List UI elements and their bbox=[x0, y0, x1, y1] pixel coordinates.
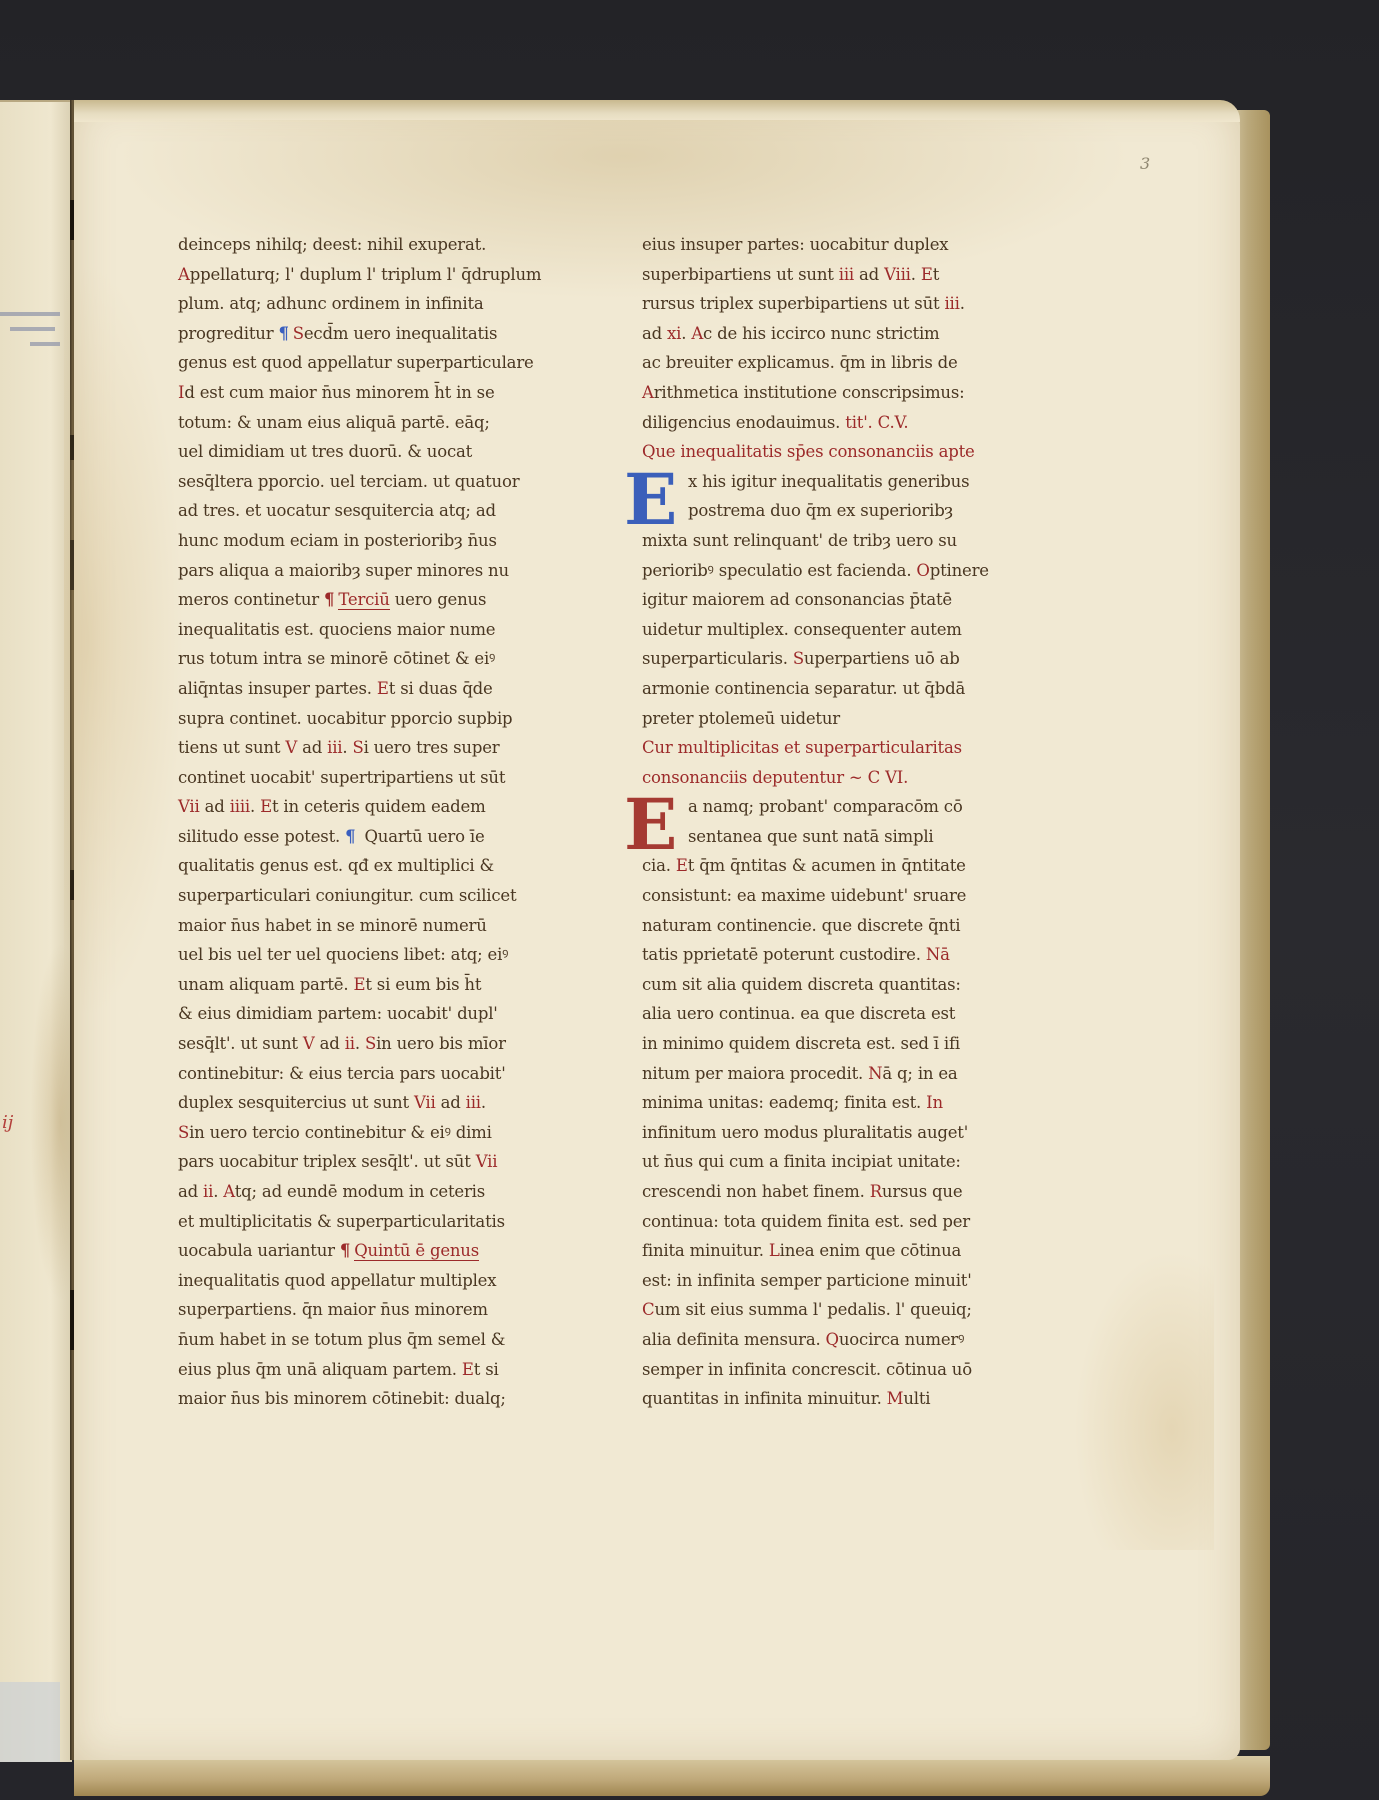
rubric-text: A bbox=[691, 324, 703, 343]
manuscript-line: ad tres. et uocatur sesquitercia atq; ad bbox=[178, 496, 598, 526]
text-segment: ulti bbox=[903, 1389, 930, 1408]
text-segment: superparticularis. bbox=[642, 649, 793, 668]
manuscript-line: qualitatis genus est. qđ ex multiplici & bbox=[178, 851, 598, 881]
text-segment: unam aliquam partē. bbox=[178, 975, 353, 994]
text-segment: superparticulari coniungitur. cum scilic… bbox=[178, 886, 516, 905]
text-column-left: deinceps nihilq; deest: nihil exuperat.A… bbox=[178, 230, 598, 1414]
text-segment: n̄um habet in se totum plus q̄m semel & bbox=[178, 1330, 505, 1349]
text-segment: ad bbox=[200, 797, 230, 816]
text-segment: uel bis uel ter uel quociens libet: atq;… bbox=[178, 945, 508, 964]
text-segment: eius plus q̄m unā aliquam partem. bbox=[178, 1360, 462, 1379]
manuscript-line: uidetur multiplex. consequenter autem bbox=[642, 615, 1062, 645]
manuscript-line: armonie continencia separatur. ut q̄bdā bbox=[642, 674, 1062, 704]
text-segment: t bbox=[933, 265, 939, 284]
rubric-text: E bbox=[353, 975, 365, 994]
text-segment: & eius dimidiam partem: uocabit' dupl' bbox=[178, 1004, 498, 1023]
manuscript-line: totum: & unam eius aliquā partē. eāq; bbox=[178, 408, 598, 438]
text-segment: ad tres. et uocatur sesquitercia atq; ad bbox=[178, 501, 496, 520]
text-segment: t in ceteris quidem eadem bbox=[272, 797, 486, 816]
marginal-blue-mark bbox=[0, 312, 60, 316]
rubric-text: Terciū bbox=[338, 590, 389, 610]
rubric-text: E bbox=[377, 679, 389, 698]
manuscript-line: ut n̄us qui cum a finita incipiat unitat… bbox=[642, 1147, 1062, 1177]
text-segment: consistunt: ea maxime uidebunt' sruare bbox=[642, 886, 966, 905]
text-segment: uero genus bbox=[390, 590, 487, 609]
manuscript-line: eius plus q̄m unā aliquam partem. Et si bbox=[178, 1355, 598, 1385]
folio-number: 3 bbox=[1140, 154, 1150, 173]
rubric-text: A bbox=[223, 1182, 234, 1201]
rubric-text: E bbox=[260, 797, 272, 816]
rubric-text: In bbox=[926, 1093, 943, 1112]
rubric-text: Q bbox=[826, 1330, 839, 1349]
text-segment: continebitur: & eius tercia pars uocabit… bbox=[178, 1064, 506, 1083]
text-segment: diligencius enodauimus. bbox=[642, 413, 845, 432]
rubric-text: E bbox=[462, 1360, 474, 1379]
manuscript-line: inequalitatis quod appellatur multiplex bbox=[178, 1266, 598, 1296]
manuscript-line: inequalitatis est. quociens maior nume bbox=[178, 615, 598, 645]
text-segment: ā q; in ea bbox=[882, 1064, 957, 1083]
text-segment: mixta sunt relinquant' de tribȝ uero su bbox=[642, 531, 957, 550]
text-segment: . bbox=[250, 797, 260, 816]
manuscript-line: plum. atq; adhunc ordinem in infinita bbox=[178, 289, 598, 319]
text-segment: sentanea que sunt natā simpli bbox=[688, 827, 933, 846]
text-segment: ad bbox=[297, 738, 327, 757]
rubric-text: S bbox=[365, 1034, 376, 1053]
manuscript-line: tatis pprietatē poterunt custodire. Nā bbox=[642, 940, 1062, 970]
text-segment: sesq̄ltera pporcio. uel terciam. ut quat… bbox=[178, 472, 519, 491]
manuscript-line: maior n̄us habet in se minorē numerū bbox=[178, 911, 598, 941]
manuscript-line: duplex sesquitercius ut sunt Vii ad iii. bbox=[178, 1088, 598, 1118]
manuscript-line: genus est quod appellatur superparticula… bbox=[178, 348, 598, 378]
manuscript-line: alia uero continua. ea que discreta est bbox=[642, 999, 1062, 1029]
rubric-text: Que inequalitatis sp̄es consonanciis apt… bbox=[642, 442, 975, 461]
rubric-text: A bbox=[642, 383, 654, 402]
text-segment: t q̄m q̄ntitas & acumen in q̄ntitate bbox=[688, 856, 966, 875]
text-segment: ecd̄m uero inequalitatis bbox=[304, 324, 497, 343]
manuscript-line: diligencius enodauimus. tit'. C.V. bbox=[642, 408, 1062, 438]
text-segment: progreditur bbox=[178, 324, 278, 343]
manuscript-line: superpartiens. q̄n maior n̄us minorem bbox=[178, 1295, 598, 1325]
text-segment: in uero bis mīor bbox=[376, 1034, 506, 1053]
manuscript-line: alia definita mensura. Quocirca numerꝰ bbox=[642, 1325, 1062, 1355]
manuscript-line: aliq̄ntas insuper partes. Et si duas q̄d… bbox=[178, 674, 598, 704]
text-segment: deinceps nihilq; deest: nihil exuperat. bbox=[178, 235, 486, 254]
text-segment: inequalitatis est. quociens maior nume bbox=[178, 620, 495, 639]
paragraph-mark: ¶ bbox=[340, 1241, 350, 1260]
text-segment: uocirca numerꝰ bbox=[839, 1330, 964, 1349]
text-segment: c de his iccirco nunc strictim bbox=[703, 324, 939, 343]
manuscript-line: silitudo esse potest. ¶ Quartū uero īe bbox=[178, 822, 598, 852]
manuscript-line: consonanciis deputentur ~ C VI. bbox=[642, 763, 1062, 793]
water-stain bbox=[1074, 1250, 1214, 1550]
manuscript-line: pars aliqua a maioribȝ super minores nu bbox=[178, 556, 598, 586]
text-segment: superpartiens. q̄n maior n̄us minorem bbox=[178, 1300, 488, 1319]
text-segment: et multiplicitatis & superparticularitat… bbox=[178, 1212, 505, 1231]
text-segment: pars uocabitur triplex sesq̄lt'. ut sūt bbox=[178, 1152, 476, 1171]
manuscript-line: Id est cum maior n̄us minorem h̄t in se bbox=[178, 378, 598, 408]
text-segment: naturam continencie. que discrete q̄nti bbox=[642, 916, 960, 935]
manuscript-line: cia. Et q̄m q̄ntitas & acumen in q̄ntita… bbox=[642, 851, 1062, 881]
page-bottom-edge bbox=[74, 1756, 1270, 1796]
text-segment: t si eum bis h̄t bbox=[365, 975, 481, 994]
text-segment: alia definita mensura. bbox=[642, 1330, 826, 1349]
manuscript-line: superparticulari coniungitur. cum scilic… bbox=[178, 881, 598, 911]
manuscript-line: et multiplicitatis & superparticularitat… bbox=[178, 1207, 598, 1237]
text-segment: pars aliqua a maioribȝ super minores nu bbox=[178, 561, 509, 580]
text-segment: . bbox=[911, 265, 921, 284]
text-segment: . bbox=[213, 1182, 223, 1201]
rubric-text: A bbox=[178, 265, 190, 284]
text-segment: continet uocabit' supertripartiens ut sū… bbox=[178, 768, 505, 787]
text-segment: est: in infinita semper particione minui… bbox=[642, 1271, 972, 1290]
text-segment: in uero tercio continebitur & eiꝰ dimi bbox=[189, 1123, 492, 1142]
text-segment: i uero tres super bbox=[364, 738, 500, 757]
rubric-text: S bbox=[352, 738, 363, 757]
manuscript-line: n̄um habet in se totum plus q̄m semel & bbox=[178, 1325, 598, 1355]
text-segment: tq; ad eundē modum in ceteris bbox=[235, 1182, 485, 1201]
text-segment: t si bbox=[474, 1360, 499, 1379]
rubric-text: Vii bbox=[476, 1152, 498, 1171]
page-top-edge bbox=[74, 100, 1240, 122]
text-segment: alia uero continua. ea que discreta est bbox=[642, 1004, 955, 1023]
manuscript-line: uel dimidiam ut tres duorū. & uocat bbox=[178, 437, 598, 467]
text-segment: tatis pprietatē poterunt custodire. bbox=[642, 945, 926, 964]
left-page-edge: ij bbox=[0, 100, 72, 1762]
manuscript-line: deinceps nihilq; deest: nihil exuperat. bbox=[178, 230, 598, 260]
manuscript-line: preter ptolemeū uidetur bbox=[642, 704, 1062, 734]
text-segment: hunc modum eciam in posterioribȝ n̄us bbox=[178, 531, 497, 550]
manuscript-line: ad ii. Atq; ad eundē modum in ceteris bbox=[178, 1177, 598, 1207]
rubric-text: S bbox=[793, 649, 804, 668]
text-segment: rursus triplex superbipartiens ut sūt bbox=[642, 294, 944, 313]
text-segment: plum. atq; adhunc ordinem in infinita bbox=[178, 294, 484, 313]
manuscript-line: pars uocabitur triplex sesq̄lt'. ut sūt … bbox=[178, 1147, 598, 1177]
text-segment: totum: & unam eius aliquā partē. eāq; bbox=[178, 413, 490, 432]
manuscript-line: perioribꝰ speculatio est facienda. Optin… bbox=[642, 556, 1062, 586]
manuscript-line: in minimo quidem discreta est. sed ī ifi bbox=[642, 1029, 1062, 1059]
paragraph-mark: ¶ bbox=[345, 827, 355, 846]
text-segment: silitudo esse potest. bbox=[178, 827, 345, 846]
text-segment: x his igitur inequalitatis generibus bbox=[688, 472, 969, 491]
rubric-text: Vii bbox=[178, 797, 200, 816]
text-segment: postrema duo q̄m ex superioribȝ bbox=[688, 501, 953, 520]
water-stain bbox=[64, 260, 184, 1020]
text-segment: nitum per maiora procedit. bbox=[642, 1064, 868, 1083]
text-column-right: eius insuper partes: uocabitur duplexsup… bbox=[642, 230, 1062, 1414]
text-segment: inea enim que cōtinua bbox=[780, 1241, 961, 1260]
text-segment: inequalitatis quod appellatur multiplex bbox=[178, 1271, 496, 1290]
manuscript-line: Que inequalitatis sp̄es consonanciis apt… bbox=[642, 437, 1062, 467]
text-segment: supra continet. uocabitur pporcio supbip bbox=[178, 709, 512, 728]
text-segment: superbipartiens ut sunt bbox=[642, 265, 839, 284]
rubric-text: S bbox=[293, 324, 304, 343]
manuscript-line: Appellaturq; l' duplum l' triplum l' q̄d… bbox=[178, 260, 598, 290]
rubric-text: C VI. bbox=[868, 768, 909, 787]
rubric-text: Vii bbox=[414, 1093, 436, 1112]
manuscript-line: nitum per maiora procedit. Nā q; in ea bbox=[642, 1059, 1062, 1089]
text-segment: Quartū uero īe bbox=[359, 827, 484, 846]
text-segment: ursus que bbox=[882, 1182, 962, 1201]
text-segment: in minimo quidem discreta est. sed ī ifi bbox=[642, 1034, 960, 1053]
manuscript-line: sentanea que sunt natā simpli bbox=[642, 822, 1062, 852]
manuscript-line: ad xi. Ac de his iccirco nunc strictim bbox=[642, 319, 1062, 349]
text-segment: ad bbox=[642, 324, 667, 343]
rubric-text: ii bbox=[345, 1034, 355, 1053]
manuscript-line: rursus triplex superbipartiens ut sūt ii… bbox=[642, 289, 1062, 319]
text-segment: maior n̄us bis minorem cōtinebit: dualq; bbox=[178, 1389, 506, 1408]
manuscript-line: crescendi non habet finem. Rursus que bbox=[642, 1177, 1062, 1207]
marginal-blue-mark bbox=[30, 342, 60, 346]
text-segment: sesq̄lt'. ut sunt bbox=[178, 1034, 303, 1053]
manuscript-page: 3 deinceps nihilq; deest: nihil exuperat… bbox=[74, 100, 1240, 1760]
rubric-text: tit'. C.V. bbox=[845, 413, 908, 432]
rubric-text: O bbox=[916, 561, 929, 580]
rubric-text: ii bbox=[203, 1182, 213, 1201]
rubric-text: Quintū ē genus bbox=[354, 1241, 479, 1261]
manuscript-line: progreditur ¶Secd̄m uero inequalitatis bbox=[178, 319, 598, 349]
text-segment: infinitum uero modus pluralitatis auget' bbox=[642, 1123, 968, 1142]
manuscript-line: Sin uero tercio continebitur & eiꝰ dimi bbox=[178, 1118, 598, 1148]
text-segment: finita minuitur. bbox=[642, 1241, 769, 1260]
text-segment: rithmetica institutione conscripsimus: bbox=[654, 383, 965, 402]
manuscript-line: Ea namq; probant' comparacōm cō bbox=[642, 792, 1062, 822]
text-segment: ad bbox=[854, 265, 884, 284]
rubric-text: iii bbox=[839, 265, 854, 284]
rubric-text: L bbox=[769, 1241, 780, 1260]
manuscript-line: continebitur: & eius tercia pars uocabit… bbox=[178, 1059, 598, 1089]
manuscript-line: Cur multiplicitas et superparticularitas bbox=[642, 733, 1062, 763]
manuscript-line: supra continet. uocabitur pporcio supbip bbox=[178, 704, 598, 734]
left-margin-rubric: ij bbox=[2, 1112, 13, 1133]
text-segment: ptinere bbox=[930, 561, 989, 580]
repair-tissue bbox=[0, 1682, 60, 1762]
text-segment: armonie continencia separatur. ut q̄bdā bbox=[642, 679, 965, 698]
manuscript-line: naturam continencie. que discrete q̄nti bbox=[642, 911, 1062, 941]
rubric-text: E bbox=[676, 856, 688, 875]
text-segment: . bbox=[681, 324, 691, 343]
rubric-text: xi bbox=[667, 324, 681, 343]
manuscript-line: Ex his igitur inequalitatis generibus bbox=[642, 467, 1062, 497]
manuscript-line: rus totum intra se minorē cōtinet & eiꝰ bbox=[178, 644, 598, 674]
text-segment: t si duas q̄de bbox=[389, 679, 493, 698]
manuscript-line: infinitum uero modus pluralitatis auget' bbox=[642, 1118, 1062, 1148]
text-segment: qualitatis genus est. qđ ex multiplici & bbox=[178, 856, 494, 875]
text-segment: ut n̄us qui cum a finita incipiat unitat… bbox=[642, 1152, 961, 1171]
manuscript-line: quantitas in infinita minuitur. Multi bbox=[642, 1384, 1062, 1414]
rubric-text: S bbox=[178, 1123, 189, 1142]
rubric-text: V bbox=[285, 738, 297, 757]
text-segment: uperpartiens uō ab bbox=[804, 649, 960, 668]
text-segment: rus totum intra se minorē cōtinet & eiꝰ bbox=[178, 649, 495, 668]
manuscript-line: Vii ad iiii. Et in ceteris quidem eadem bbox=[178, 792, 598, 822]
text-segment: crescendi non habet finem. bbox=[642, 1182, 870, 1201]
rubric-text: iiii bbox=[230, 797, 250, 816]
rubric-text: M bbox=[887, 1389, 904, 1408]
text-segment: tiens ut sunt bbox=[178, 738, 285, 757]
text-segment: preter ptolemeū uidetur bbox=[642, 709, 840, 728]
rubric-text: E bbox=[921, 265, 933, 284]
rubric-text: N bbox=[868, 1064, 882, 1083]
text-segment: um sit eius summa l' pedalis. l' queuiq; bbox=[654, 1300, 971, 1319]
text-segment: uel dimidiam ut tres duorū. & uocat bbox=[178, 442, 472, 461]
text-segment: aliq̄ntas insuper partes. bbox=[178, 679, 377, 698]
manuscript-line: superbipartiens ut sunt iii ad Viii. Et bbox=[642, 260, 1062, 290]
rubric-text: Nā bbox=[926, 945, 950, 964]
text-segment: uidetur multiplex. consequenter autem bbox=[642, 620, 962, 639]
rubric-text: V bbox=[303, 1034, 315, 1053]
text-segment: . bbox=[960, 294, 965, 313]
manuscript-line: postrema duo q̄m ex superioribȝ bbox=[642, 496, 1062, 526]
text-segment: cia. bbox=[642, 856, 676, 875]
manuscript-line: consistunt: ea maxime uidebunt' sruare bbox=[642, 881, 1062, 911]
manuscript-line: Cum sit eius summa l' pedalis. l' queuiq… bbox=[642, 1295, 1062, 1325]
manuscript-line: finita minuitur. Linea enim que cōtinua bbox=[642, 1236, 1062, 1266]
text-segment: duplex sesquitercius ut sunt bbox=[178, 1093, 414, 1112]
text-segment: continua: tota quidem finita est. sed pe… bbox=[642, 1212, 970, 1231]
manuscript-line: continua: tota quidem finita est. sed pe… bbox=[642, 1207, 1062, 1237]
text-segment: ppellaturq; l' duplum l' triplum l' q̄dr… bbox=[190, 265, 542, 284]
text-segment: quantitas in infinita minuitur. bbox=[642, 1389, 887, 1408]
text-segment: eius insuper partes: uocabitur duplex bbox=[642, 235, 948, 254]
manuscript-line: uel bis uel ter uel quociens libet: atq;… bbox=[178, 940, 598, 970]
text-segment: maior n̄us habet in se minorē numerū bbox=[178, 916, 487, 935]
text-segment: genus est quod appellatur superparticula… bbox=[178, 353, 534, 372]
text-segment: ac breuiter explicamus. q̄m in libris de bbox=[642, 353, 958, 372]
manuscript-line: sesq̄ltera pporcio. uel terciam. ut quat… bbox=[178, 467, 598, 497]
manuscript-line: superparticularis. Superpartiens uō ab bbox=[642, 644, 1062, 674]
manuscript-line: hunc modum eciam in posterioribȝ n̄us bbox=[178, 526, 598, 556]
text-segment: semper in infinita concrescit. cōtinua u… bbox=[642, 1360, 972, 1379]
marginal-blue-mark bbox=[10, 327, 55, 331]
rubric-text: C bbox=[642, 1300, 654, 1319]
manuscript-line: tiens ut sunt V ad iii. Si uero tres sup… bbox=[178, 733, 598, 763]
text-segment: ad bbox=[436, 1093, 466, 1112]
manuscript-line: igitur maiorem ad consonancias p̄tatē bbox=[642, 585, 1062, 615]
manuscript-line: unam aliquam partē. Et si eum bis h̄t bbox=[178, 970, 598, 1000]
text-segment: uocabula uariantur bbox=[178, 1241, 340, 1260]
rubric-text: iii bbox=[466, 1093, 481, 1112]
text-segment: a namq; probant' comparacōm cō bbox=[688, 797, 963, 816]
paragraph-mark: ¶ bbox=[278, 324, 288, 343]
text-segment: . bbox=[342, 738, 352, 757]
manuscript-line: Arithmetica institutione conscripsimus: bbox=[642, 378, 1062, 408]
text-segment: igitur maiorem ad consonancias p̄tatē bbox=[642, 590, 952, 609]
rubric-text: R bbox=[870, 1182, 882, 1201]
manuscript-line: minima unitas: eademq; finita est. In bbox=[642, 1088, 1062, 1118]
rubric-text: Cur multiplicitas et superparticularitas bbox=[642, 738, 962, 757]
paragraph-mark: ¶ bbox=[324, 590, 334, 609]
manuscript-line: semper in infinita concrescit. cōtinua u… bbox=[642, 1355, 1062, 1385]
text-segment: cum sit alia quidem discreta quantitas: bbox=[642, 975, 961, 994]
text-segment: minima unitas: eademq; finita est. bbox=[642, 1093, 926, 1112]
manuscript-line: mixta sunt relinquant' de tribȝ uero su bbox=[642, 526, 1062, 556]
rubric-text: iii bbox=[327, 738, 342, 757]
manuscript-line: est: in infinita semper particione minui… bbox=[642, 1266, 1062, 1296]
manuscript-line: ac breuiter explicamus. q̄m in libris de bbox=[642, 348, 1062, 378]
text-segment: ad bbox=[315, 1034, 345, 1053]
manuscript-line: & eius dimidiam partem: uocabit' dupl' bbox=[178, 999, 598, 1029]
rubric-text: Viii bbox=[884, 265, 911, 284]
manuscript-line: cum sit alia quidem discreta quantitas: bbox=[642, 970, 1062, 1000]
manuscript-line: maior n̄us bis minorem cōtinebit: dualq; bbox=[178, 1384, 598, 1414]
manuscript-line: sesq̄lt'. ut sunt V ad ii. Sin uero bis … bbox=[178, 1029, 598, 1059]
manuscript-line: eius insuper partes: uocabitur duplex bbox=[642, 230, 1062, 260]
manuscript-line: meros continetur ¶Terciū uero genus bbox=[178, 585, 598, 615]
text-segment: perioribꝰ speculatio est facienda. bbox=[642, 561, 916, 580]
text-segment: ad bbox=[178, 1182, 203, 1201]
text-segment: meros continetur bbox=[178, 590, 324, 609]
manuscript-line: uocabula uariantur ¶Quintū ē genus bbox=[178, 1236, 598, 1266]
text-segment: . bbox=[481, 1093, 486, 1112]
text-segment: d est cum maior n̄us minorem h̄t in se bbox=[184, 383, 494, 402]
manuscript-line: continet uocabit' supertripartiens ut sū… bbox=[178, 763, 598, 793]
text-segment: . bbox=[355, 1034, 365, 1053]
rubric-text: iii bbox=[944, 294, 959, 313]
